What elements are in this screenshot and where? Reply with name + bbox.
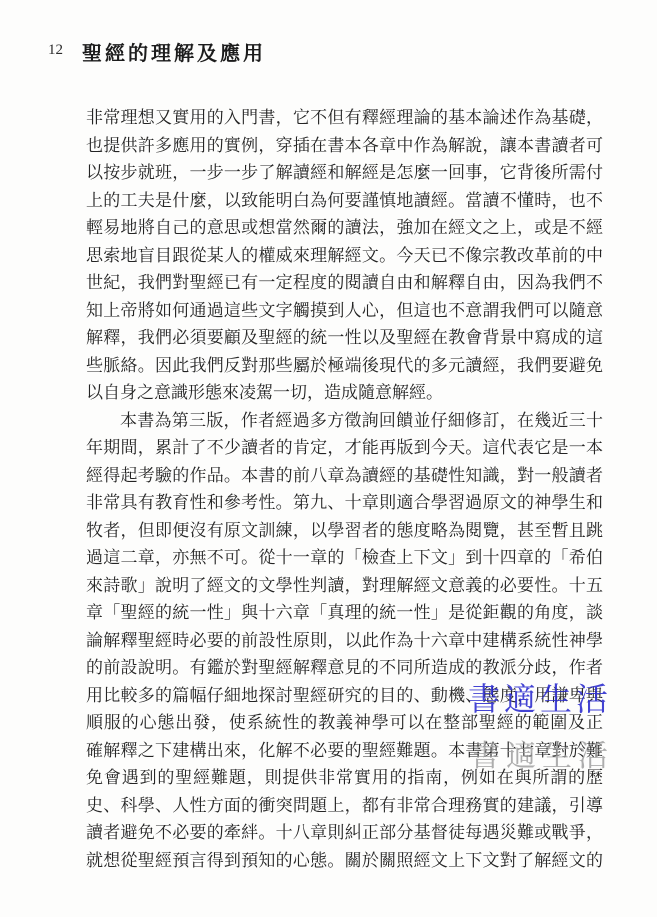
book-page: 12 聖經的理解及應用 非常理想又實用的入門書，它不但有釋經理論的基本論述作為基… bbox=[0, 0, 657, 917]
text-line: 世紀，我們對聖經已有一定程度的閱讀自由和解釋自由，因為我們不 bbox=[86, 269, 603, 297]
text-line: 解釋，我們必須要顧及聖經的統一性以及聖經在教會背景中寫成的這 bbox=[86, 324, 603, 352]
body-text: 非常理想又實用的入門書，它不但有釋經理論的基本論述作為基礎， 也提供許多應用的實… bbox=[86, 104, 603, 874]
text-line: 經得起考驗的作品。本書的前八章為讀經的基礎性知識，對一般讀者 bbox=[86, 462, 603, 490]
text-line: 些脈絡。因此我們反對那些屬於極端後現代的多元讀經，我們要避免 bbox=[86, 352, 603, 380]
text-line: 確解釋之下建構出來，化解不必要的聖經難題。本書第十七章對於難 bbox=[86, 737, 603, 765]
text-line: 來詩歌」說明了經文的文學性判讀，對理解經文意義的必要性。十五 bbox=[86, 572, 603, 600]
text-line: 以按步就班，一步一步了解讀經和解經是怎麼一回事，它背後所需付 bbox=[86, 159, 603, 187]
text-line: 讀者避免不必要的牽絆。十八章則糾正部分基督徒每遇災難或戰爭， bbox=[86, 819, 603, 847]
text-line: 就想從聖經預言得到預知的心態。關於關照經文上下文對了解經文的 bbox=[86, 847, 603, 875]
text-line: 過這二章，亦無不可。從十一章的「檢查上下文」到十四章的「希伯 bbox=[86, 544, 603, 572]
text-line: 史、科學、人性方面的衝突問題上，都有非常合理務實的建議，引導 bbox=[86, 792, 603, 820]
text-line: 上的工夫是什麼，以致能明白為何要謹慎地讀經。當讀不懂時，也不 bbox=[86, 187, 603, 215]
text-line: 論解釋聖經時必要的前設性原則，以此作為十六章中建構系統性神學 bbox=[86, 627, 603, 655]
text-line: 輕易地將自己的意思或想當然爾的讀法，強加在經文之上，或是不經 bbox=[86, 214, 603, 242]
text-line: 非常具有教育性和參考性。第九、十章則適合學習過原文的神學生和 bbox=[86, 489, 603, 517]
text-line: 牧者，但即便沒有原文訓練，以學習者的態度略為閱覽，甚至暫且跳 bbox=[86, 517, 603, 545]
text-line: 用比較多的篇幅仔細地探討聖經研究的目的、動機、態度，用謙卑與 bbox=[86, 682, 603, 710]
text-line: 思索地盲目跟從某人的權威來理解經文。今天已不像宗教改革前的中 bbox=[86, 242, 603, 270]
page-number: 12 bbox=[48, 42, 63, 59]
running-head: 聖經的理解及應用 bbox=[82, 37, 266, 66]
text-line: 知上帝將如何通過這些文字觸摸到人心，但這也不意謂我們可以隨意 bbox=[86, 297, 603, 325]
text-line: 以自身之意識形態來凌駕一切，造成隨意解經。 bbox=[86, 379, 603, 407]
text-line: 年期間，累計了不少讀者的肯定，才能再版到今天。這代表它是一本 bbox=[86, 434, 603, 462]
text-line: 免會遇到的聖經難題，則提供非常實用的指南，例如在與所謂的歷 bbox=[86, 764, 603, 792]
text-line: 順服的心態出發，使系統性的教義神學可以在整部聖經的範圍及正 bbox=[86, 709, 603, 737]
text-line: 的前設說明。有鑑於對聖經解釋意見的不同所造成的教派分歧，作者 bbox=[86, 654, 603, 682]
text-line: 也提供許多應用的實例，穿插在書本各章中作為解說，讓本書讀者可 bbox=[86, 132, 603, 160]
text-line: 本書為第三版，作者經過多方徵詢回饋並仔細修訂，在幾近三十 bbox=[86, 407, 603, 435]
text-line: 非常理想又實用的入門書，它不但有釋經理論的基本論述作為基礎， bbox=[86, 104, 603, 132]
text-line: 章「聖經的統一性」與十六章「真理的統一性」是從鉅觀的角度，談 bbox=[86, 599, 603, 627]
